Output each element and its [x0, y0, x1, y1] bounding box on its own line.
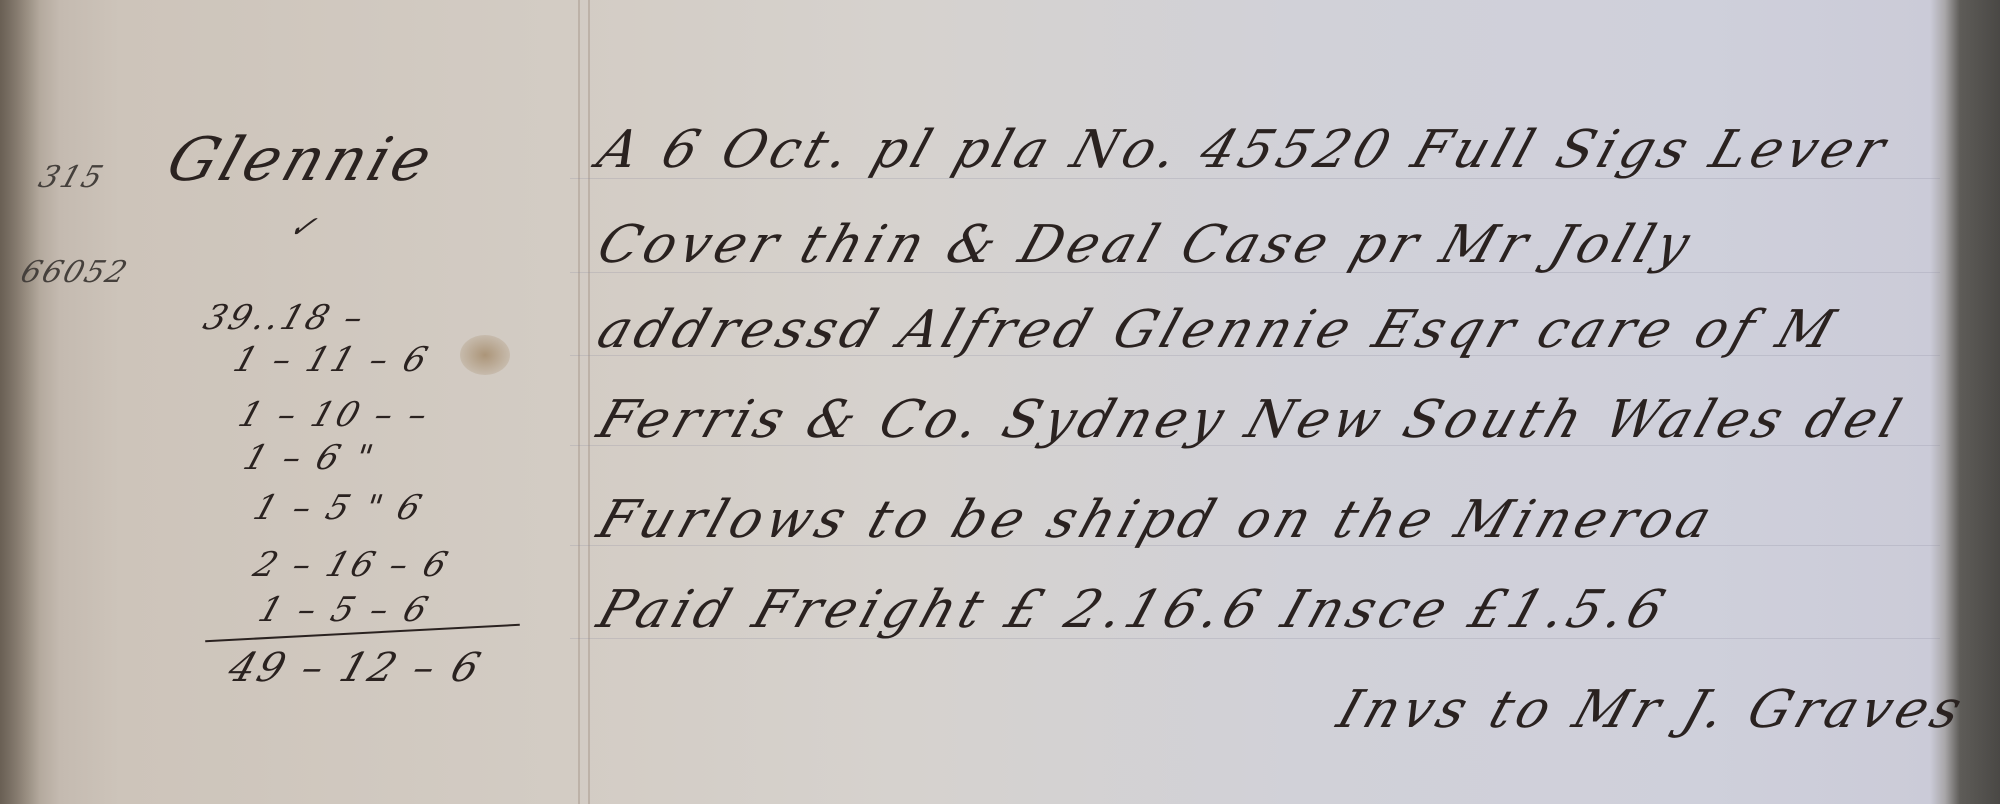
amount-line: 1 – 6 "	[239, 438, 381, 478]
entry-line: addressd Alfred Glennie Esqr care of M	[590, 300, 1847, 360]
amount-line: 39..18 –	[199, 298, 372, 338]
amount-line: 1 – 5 " 6	[249, 488, 430, 528]
margin-rule-left	[578, 0, 580, 804]
reference-number: 66052	[16, 255, 133, 290]
entry-line: Ferris & Co. Sydney New South Wales del	[590, 390, 1912, 450]
check-mark: ✓	[284, 210, 323, 245]
entry-line: Furlows to be shipd on the Mineroa	[590, 490, 1723, 550]
amount-line: 1 – 5 – 6	[254, 590, 436, 630]
margin-rule-right	[588, 0, 590, 804]
entry-line: Cover thin & Deal Case pr Mr Jolly	[590, 215, 1701, 275]
entry-line: Invs to Mr J. Graves	[1330, 680, 1974, 740]
amount-line: 1 – 10 – –	[234, 395, 436, 435]
ink-stain	[460, 335, 510, 375]
amount-line: 2 – 16 – 6	[249, 545, 456, 585]
total-amount: 49 – 12 – 6	[223, 645, 489, 691]
ledger-page: 315 66052 Glennie ✓ 39..18 – 1 – 11 – 6 …	[0, 0, 2000, 804]
account-name: Glennie	[159, 125, 444, 195]
entry-line: Paid Freight £ 2.16.6 Insce £1.5.6	[590, 580, 1676, 640]
amount-line: 1 – 11 – 6	[229, 340, 436, 380]
folio-number: 315	[34, 160, 109, 195]
entry-line: A 6 Oct. pl pla No. 45520 Full Sigs Leve…	[590, 120, 1897, 180]
binding-shadow	[0, 0, 40, 804]
